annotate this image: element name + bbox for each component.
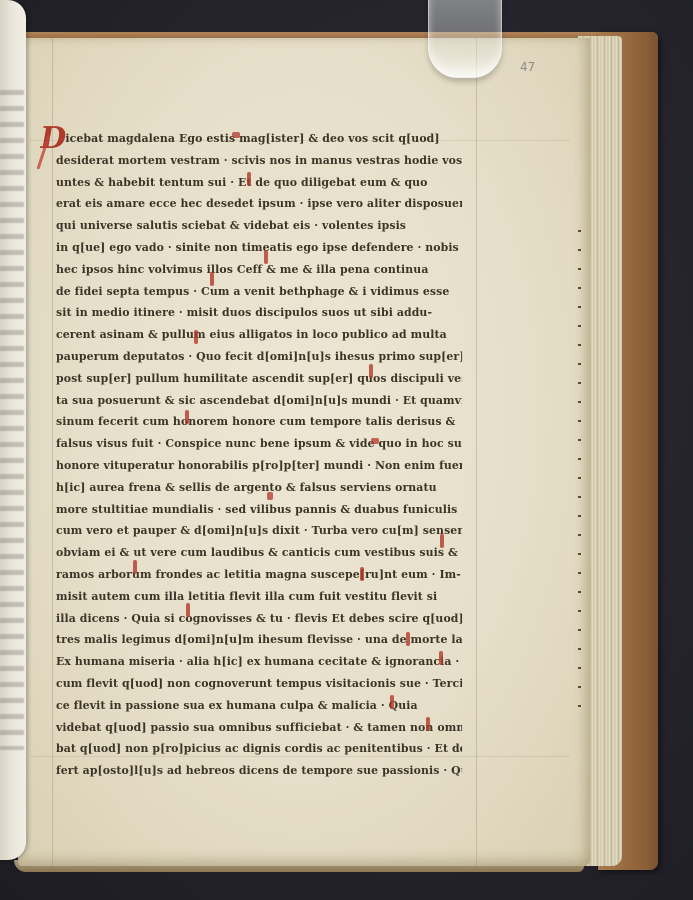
manuscript-text-block: icebat magdalena Ego estis mag[ister] & … [56, 128, 488, 782]
rubric-mark [185, 410, 189, 424]
text-line: falsus visus fuit · Conspice nunc bene i… [56, 433, 462, 455]
text-line: more stultitiae mundialis · sed vilibus … [56, 499, 462, 521]
text-line: ta sua posuerunt & sic ascendebat d[omi]… [56, 390, 462, 412]
text-line: icebat magdalena Ego estis mag[ister] & … [56, 128, 462, 150]
rubric-mark [440, 534, 444, 548]
margin-rule-left [52, 38, 53, 866]
pricking-marks [578, 230, 582, 730]
text-line: untes & habebit tentum sui · Et de quo d… [56, 172, 462, 194]
text-line: Ex humana miseria · alia h[ic] ex humana… [56, 651, 462, 673]
rubric-mark [232, 132, 240, 138]
text-line: sinum fecerit cum honorem honore cum tem… [56, 411, 462, 433]
text-line: obviam ei & ut vere cum laudibus & canti… [56, 542, 462, 564]
rubric-mark [371, 438, 379, 444]
text-line: cum vero et pauper & d[omi]n[u]s dixit ·… [56, 520, 462, 542]
rubric-mark [194, 330, 198, 344]
text-line: ramos arborum frondes ac letitia magna s… [56, 564, 462, 586]
rubric-mark [360, 567, 364, 581]
rubric-mark [406, 632, 410, 646]
rubric-mark [267, 492, 273, 500]
text-line: honore vituperatur honorabilis p[ro]p[te… [56, 455, 462, 477]
previous-page-text [0, 90, 24, 750]
rubric-mark [264, 250, 268, 264]
glass-page-weight [428, 0, 502, 78]
text-line: de fidei septa tempus · Cum a venit beth… [56, 281, 462, 303]
text-line: videbat q[uod] passio sua omnibus suffic… [56, 717, 462, 739]
rubric-mark [133, 560, 137, 574]
rubric-mark [439, 651, 443, 665]
text-line: misit autem cum illa letitia flevit illa… [56, 586, 462, 608]
text-line: erat eis amare ecce hec desedet ipsum · … [56, 193, 462, 215]
text-line: qui universe salutis sciebat & videbat e… [56, 215, 462, 237]
text-line: fert ap[osto]l[u]s ad hebreos dicens de … [56, 760, 462, 782]
text-line: in q[ue] ego vado · sinite non timeatis … [56, 237, 462, 259]
rubric-mark [247, 172, 251, 186]
rubric-mark [369, 364, 373, 378]
text-line: pauperum deputatos · Quo fecit d[omi]n[u… [56, 346, 462, 368]
text-line: ce flevit in passione sua ex humana culp… [56, 695, 462, 717]
text-line: illa dicens · Quia si cognovisses & tu ·… [56, 608, 462, 630]
rubric-mark [426, 717, 430, 731]
text-line: tres malis legimus d[omi]n[u]m ihesum fl… [56, 629, 462, 651]
previous-page-curl [0, 0, 26, 860]
folio-number: 47 [520, 60, 535, 74]
text-line: sit in medio itinere · misit duos discip… [56, 302, 462, 324]
text-line: cum flevit q[uod] non cognoverunt tempus… [56, 673, 462, 695]
rubric-mark [186, 603, 190, 617]
text-line: post sup[er] pullum humilitate ascendit … [56, 368, 462, 390]
rubric-mark [210, 272, 214, 286]
rubric-mark [390, 695, 394, 709]
text-line: hec ipsos hinc volvimus illos Ceff & me … [56, 259, 462, 281]
text-line: cerent asinam & pullum eius alligatos in… [56, 324, 462, 346]
text-line: bat q[uod] non p[ro]picius ac dignis cor… [56, 738, 462, 760]
text-line: desiderat mortem vestram · scivis nos in… [56, 150, 462, 172]
text-line: h[ic] aurea frena & sellis de argento & … [56, 477, 462, 499]
